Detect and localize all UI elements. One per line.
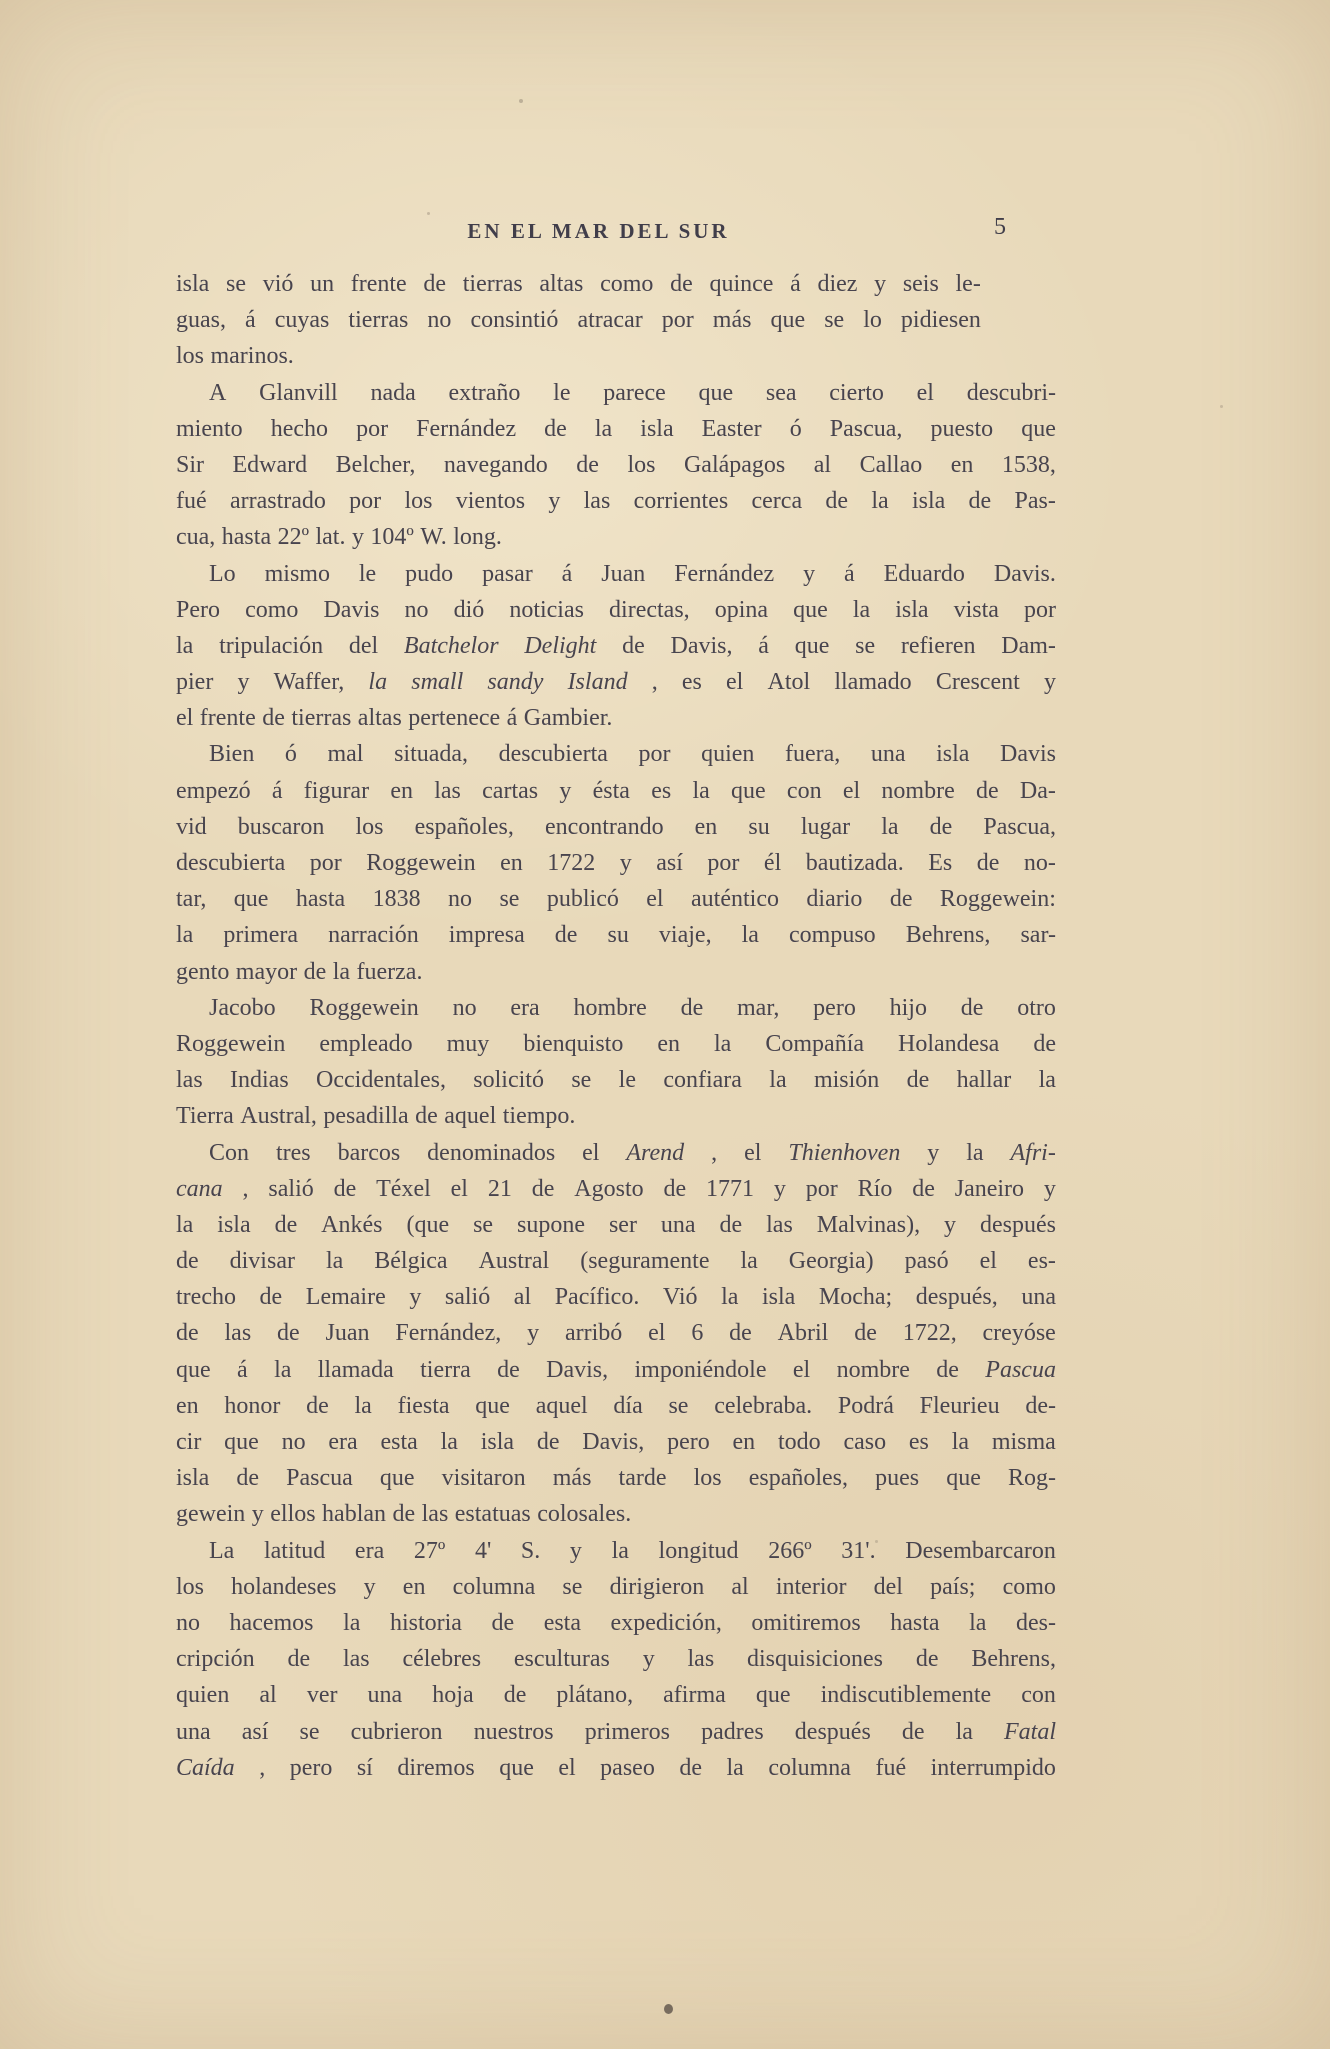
word: día — [613, 1388, 642, 1424]
text-line: pieryWaffer,lasmallsandyIsland,eselAtoll… — [176, 664, 1056, 700]
paragraph: JacoboRoggeweinnoerahombredemar,perohijo… — [176, 990, 1056, 1135]
word: de — [663, 1171, 686, 1207]
text-line: descubiertaporRoggeweinen1722yasíporélba… — [176, 845, 1056, 881]
word: Roggewein: — [940, 881, 1056, 917]
word: el — [980, 1243, 997, 1279]
word: Behrens, — [906, 917, 991, 953]
word: Dam- — [1001, 628, 1056, 664]
word: de — [1033, 1026, 1056, 1062]
word: célebres — [402, 1641, 481, 1677]
word: le — [553, 375, 570, 411]
word: la — [176, 1207, 193, 1243]
word: él — [764, 845, 781, 881]
word: de — [236, 1460, 259, 1496]
ink-speck — [875, 1540, 878, 1543]
word: la — [714, 1026, 731, 1062]
word: es — [909, 1424, 929, 1460]
word: los — [627, 447, 655, 483]
word: otro — [1017, 990, 1056, 1026]
word: padres — [701, 1714, 764, 1750]
word: Atol — [768, 664, 811, 700]
word: una — [871, 736, 906, 772]
word: la — [176, 917, 193, 953]
word: por — [806, 1171, 838, 1207]
word: Davis, — [546, 1352, 608, 1388]
word: latitud — [264, 1533, 325, 1569]
word: visitaron — [442, 1460, 526, 1496]
word: nombre — [881, 773, 954, 809]
word: Caída — [176, 1750, 235, 1786]
word: llamado — [834, 664, 911, 700]
word: diremos — [397, 1750, 474, 1786]
word: nada — [370, 375, 415, 411]
word: ellos — [270, 1496, 315, 1532]
word: Desembarcaron — [905, 1533, 1056, 1569]
word: que — [756, 1677, 791, 1713]
running-header: EN EL MAR DEL SUR — [176, 219, 1021, 244]
word: se — [226, 266, 246, 302]
word: en — [657, 1026, 680, 1062]
word: que — [1021, 411, 1056, 447]
word: de — [393, 1496, 416, 1532]
word: Austral, — [240, 1098, 317, 1134]
word: fuera, — [785, 736, 840, 772]
word: y — [774, 1171, 786, 1207]
word: de — [679, 1750, 702, 1786]
word: Belcher, — [336, 447, 416, 483]
word: Davis. — [994, 556, 1056, 592]
word: fuerza. — [357, 954, 423, 990]
word: vió — [263, 266, 294, 302]
word: estatuas — [455, 1496, 531, 1532]
word: expedición, — [611, 1605, 722, 1641]
word: le- — [956, 266, 981, 302]
word: omitiremos — [751, 1605, 860, 1641]
word: esculturas — [514, 1641, 610, 1677]
word: por — [662, 302, 694, 338]
word: 1722 — [547, 845, 595, 881]
text-line: ContresbarcosdenominadoselArend,elThienh… — [176, 1135, 1056, 1171]
word: nuestros — [474, 1714, 554, 1750]
word: en — [500, 845, 523, 881]
word: Pacífico. — [555, 1279, 640, 1315]
word: (que — [406, 1207, 449, 1243]
text-line: quienalverunahojadeplátano,afirmaqueindi… — [176, 1677, 1056, 1713]
word: tierras — [348, 302, 408, 338]
word: gento — [176, 954, 229, 990]
word: y — [252, 1496, 264, 1532]
word: columna — [768, 1750, 851, 1786]
word: de — [277, 1315, 300, 1351]
word: Thienhoven — [788, 1135, 900, 1171]
word: se — [499, 881, 519, 917]
word: indiscutiblemente — [821, 1677, 992, 1713]
word: los — [176, 338, 204, 374]
word: de — [890, 881, 913, 917]
word: Roggewein — [309, 990, 418, 1026]
word: ésta — [593, 773, 630, 809]
word: A — [209, 375, 226, 411]
word: diario — [806, 881, 862, 917]
text-line: unaasísecubrieronnuestrosprimerospadresd… — [176, 1714, 1056, 1750]
word: salió — [268, 1171, 313, 1207]
word: arribó — [565, 1315, 622, 1351]
word: altas — [539, 266, 583, 302]
ink-speck — [1220, 405, 1223, 408]
word: y — [620, 845, 632, 881]
word: quien — [701, 736, 754, 772]
word: de — [497, 1352, 520, 1388]
word: el — [917, 375, 934, 411]
word: ó — [790, 411, 802, 447]
word: del — [874, 1569, 903, 1605]
word: Lemaire — [306, 1279, 386, 1315]
word: Mocha; — [819, 1279, 892, 1315]
word: de — [936, 1352, 959, 1388]
word: en — [403, 1569, 426, 1605]
word: aquel — [536, 1388, 588, 1424]
word: á — [790, 266, 801, 302]
word: de — [912, 1171, 935, 1207]
word: (seguramente — [580, 1243, 709, 1279]
word: caso — [843, 1424, 886, 1460]
word: el — [451, 1171, 468, 1207]
word: de — [260, 1279, 283, 1315]
word: 22º — [278, 519, 309, 555]
word: Georgia) — [789, 1243, 874, 1279]
word: le — [619, 1062, 636, 1098]
word: ser — [609, 1207, 637, 1243]
word: Fernández, — [395, 1315, 501, 1351]
word: corrientes — [634, 483, 729, 519]
word: Glanvill — [259, 375, 338, 411]
word: Delight — [524, 628, 596, 664]
word: las — [766, 1207, 793, 1243]
word: es — [651, 773, 671, 809]
word: 1722, — [903, 1315, 957, 1351]
word: de — [729, 1315, 752, 1351]
text-line: losmarinos. — [176, 338, 981, 374]
word: publicó — [547, 881, 619, 917]
text-line: queálallamadatierradeDavis,imponiéndolee… — [176, 1352, 1056, 1388]
word: y — [548, 483, 560, 519]
word: Tierra — [176, 1098, 234, 1134]
word: la — [274, 1352, 291, 1388]
word: lugar — [801, 809, 850, 845]
word: Pero — [176, 592, 220, 628]
word: , — [259, 1750, 265, 1786]
word: 1838 — [373, 881, 421, 917]
word: no — [453, 990, 477, 1026]
word: cir — [176, 1424, 201, 1460]
word: el — [582, 1135, 599, 1171]
word: sí — [357, 1750, 373, 1786]
word: altas — [358, 700, 402, 736]
word: se — [855, 628, 875, 664]
word: la — [769, 1062, 786, 1098]
word: la — [969, 1605, 986, 1641]
word: en — [695, 809, 718, 845]
word: que — [499, 1750, 534, 1786]
word: cuyas — [275, 302, 330, 338]
word: hacemos — [230, 1605, 314, 1641]
word: lo — [863, 302, 882, 338]
word: Con — [209, 1135, 249, 1171]
word: á — [245, 302, 256, 338]
word: por — [638, 736, 670, 772]
word: y — [1044, 664, 1056, 700]
word: los — [404, 483, 432, 519]
word: pesadilla — [323, 1098, 408, 1134]
text-line: nohacemoslahistoriadeestaexpedición,omit… — [176, 1605, 1056, 1641]
word: cerca — [752, 483, 803, 519]
word: que — [475, 1388, 510, 1424]
word: de — [504, 1677, 527, 1713]
word: que — [771, 302, 806, 338]
word: todo — [778, 1424, 821, 1460]
word: la — [595, 411, 612, 447]
word: de — [902, 1714, 925, 1750]
word: bienquisto — [523, 1026, 623, 1062]
word: parece — [603, 375, 666, 411]
word: por — [349, 483, 381, 519]
word: Davis, — [671, 628, 733, 664]
word: 31'. — [841, 1533, 875, 1569]
word: la — [956, 1714, 973, 1750]
word: hasta — [296, 881, 345, 917]
word: á — [237, 1352, 248, 1388]
word: su — [608, 917, 629, 953]
word: con — [1021, 1677, 1056, 1713]
text-line: geweinyelloshablandelasestatuascolosales… — [176, 1496, 1056, 1532]
word: hoja — [432, 1677, 473, 1713]
word: y — [364, 1569, 376, 1605]
word: era — [355, 1533, 384, 1569]
word: así — [242, 1714, 269, 1750]
word: de — [969, 483, 992, 519]
word: la — [368, 664, 387, 700]
word: la — [966, 1135, 983, 1171]
word: así — [656, 845, 683, 881]
word: pero — [290, 1750, 333, 1786]
word: le — [359, 556, 376, 592]
word: y — [409, 1279, 421, 1315]
word: la — [612, 1533, 629, 1569]
word: Fernández — [674, 556, 774, 592]
word: isla — [936, 736, 969, 772]
word: creyóse — [983, 1315, 1056, 1351]
word: misma — [992, 1424, 1056, 1460]
word: de — [930, 809, 953, 845]
text-line: guas,ácuyastierrasnoconsintióatracarporm… — [176, 302, 981, 338]
word: la — [881, 809, 898, 845]
word: Fernández — [416, 411, 516, 447]
word: Behrens, — [971, 1641, 1056, 1677]
word: Pascua, — [830, 411, 903, 447]
text-line: isladePascuaquevisitaronmástardelosespañ… — [176, 1460, 1056, 1496]
word: de — [537, 1424, 560, 1460]
word: noticias — [509, 592, 584, 628]
word: mal — [327, 736, 363, 772]
word: compuso — [789, 917, 876, 953]
word: pudo — [405, 556, 453, 592]
word: isla — [912, 483, 945, 519]
word: Sir — [176, 447, 204, 483]
word: quien — [176, 1677, 229, 1713]
word: de — [262, 700, 285, 736]
word: las — [422, 1496, 449, 1532]
word: al — [259, 1677, 276, 1713]
word: Agosto — [574, 1171, 643, 1207]
word: Abril — [778, 1315, 829, 1351]
word: pidiesen — [901, 302, 981, 338]
word: Podrá — [838, 1388, 894, 1424]
text-line: gentomayordelafuerza. — [176, 954, 1056, 990]
word: opina — [715, 592, 768, 628]
word: se — [571, 1062, 591, 1098]
text-line: laisladeAnkés(quesesuponeserunadelasMalv… — [176, 1207, 1056, 1243]
word: el — [558, 1750, 575, 1786]
word: muy — [447, 1026, 490, 1062]
word: miento — [176, 411, 243, 447]
word: Juan — [326, 1315, 370, 1351]
word: tiempo. — [503, 1098, 576, 1134]
word: Indias — [230, 1062, 289, 1098]
word: pertenece — [408, 700, 500, 736]
word: ó — [285, 736, 297, 772]
word: Davis, — [582, 1424, 644, 1460]
word: de — [977, 845, 1000, 881]
text-line: elfrentedetierrasaltasperteneceáGambier. — [176, 700, 1056, 736]
word: tripulación — [219, 628, 323, 664]
paragraph: LomismolepudopasaráJuanFernándezyáEduard… — [176, 556, 1056, 737]
word: viaje, — [659, 917, 712, 953]
word: de — [544, 411, 567, 447]
word: divisar — [230, 1243, 295, 1279]
word: no- — [1024, 845, 1056, 881]
word: hallar — [957, 1062, 1012, 1098]
word: Juan — [601, 556, 645, 592]
word: celebraba. — [714, 1388, 812, 1424]
text-line: cana,saliódeTéxelel21deAgostode1771yporR… — [176, 1171, 1056, 1207]
word: Fleurieu — [920, 1388, 1000, 1424]
word: la — [333, 954, 350, 990]
word: navegando — [444, 447, 548, 483]
word: y — [1044, 1171, 1056, 1207]
ink-speck — [427, 212, 430, 215]
word: descubierta — [176, 845, 285, 881]
word: Téxel — [376, 1171, 431, 1207]
word: la — [726, 1750, 743, 1786]
word: de — [720, 1207, 743, 1243]
word: las — [584, 483, 611, 519]
word: gewein — [176, 1496, 245, 1532]
word: Afri- — [1011, 1135, 1056, 1171]
word: á — [272, 773, 283, 809]
word: cripción — [176, 1641, 255, 1677]
word: la — [952, 1424, 969, 1460]
word: españoles, — [415, 809, 514, 845]
word: no — [282, 1424, 306, 1460]
word: las — [688, 1641, 715, 1677]
word: á — [758, 628, 769, 664]
word: long. — [453, 519, 502, 555]
text-block: islasevióunfrentedetierrasaltascomodequi… — [176, 266, 1056, 1786]
word: de — [275, 1207, 298, 1243]
word: interrumpido — [931, 1750, 1056, 1786]
word: los — [355, 809, 383, 845]
word: Edward — [233, 447, 308, 483]
word: dió — [454, 592, 485, 628]
word: imponiéndole — [635, 1352, 767, 1388]
word: de — [287, 1641, 310, 1677]
word: las — [434, 773, 461, 809]
word: hablan — [322, 1496, 386, 1532]
word: las — [225, 1315, 252, 1351]
word: de — [532, 1171, 555, 1207]
text-line: tar,quehasta1838nosepublicóelauténticodi… — [176, 881, 1056, 917]
word: después, — [916, 1279, 998, 1315]
ink-speck — [519, 99, 523, 103]
word: isla — [176, 1460, 209, 1496]
word: no — [448, 881, 472, 917]
word: Pascua — [985, 1352, 1056, 1388]
word: S. — [521, 1533, 540, 1569]
word: consintió — [470, 302, 558, 338]
text-line: TierraAustral,pesadilladeaqueltiempo. — [176, 1098, 1056, 1134]
word: pues — [875, 1460, 919, 1496]
text-line: delasdeJuanFernández,yarribóel6deAbrilde… — [176, 1315, 1056, 1351]
word: esta — [380, 1424, 417, 1460]
word: cierto — [829, 375, 884, 411]
word: solicitó — [473, 1062, 544, 1098]
word: y — [874, 266, 886, 302]
word: Davis — [1000, 736, 1056, 772]
word: Rog- — [1008, 1460, 1056, 1496]
paragraph: Bienómalsituada,descubiertaporquienfuera… — [176, 736, 1056, 989]
word: isla — [640, 411, 673, 447]
text-line: enhonordelafiestaqueaqueldíasecelebraba.… — [176, 1388, 1056, 1424]
text-line: LomismolepudopasaráJuanFernándezyáEduard… — [176, 556, 1056, 592]
word: después — [795, 1714, 871, 1750]
word: Galápagos — [684, 447, 785, 483]
word: como — [600, 266, 653, 302]
word: el — [843, 773, 860, 809]
word: diez — [817, 266, 857, 302]
word: cartas — [482, 773, 538, 809]
word: las — [176, 1062, 203, 1098]
word: disquisiciones — [747, 1641, 883, 1677]
word: puesto — [930, 411, 993, 447]
word: país; — [930, 1569, 975, 1605]
word: que — [795, 628, 830, 664]
word: Davis — [323, 592, 379, 628]
word: al — [731, 1569, 748, 1605]
word: guas, — [176, 302, 226, 338]
word: se — [562, 1569, 582, 1605]
word: y — [352, 519, 364, 555]
ink-speck — [664, 2004, 673, 2014]
word: de — [670, 266, 693, 302]
text-line: empezóáfigurarenlascartasyéstaeslaquecon… — [176, 773, 1056, 809]
word: se — [668, 1388, 688, 1424]
word: Gambier. — [524, 700, 613, 736]
word: la — [176, 628, 193, 664]
text-line: PerocomoDavisnodiónoticiasdirectas,opina… — [176, 592, 1056, 628]
word: Jacobo — [209, 990, 276, 1026]
word: empleado — [319, 1026, 412, 1062]
word: y — [643, 1641, 655, 1677]
